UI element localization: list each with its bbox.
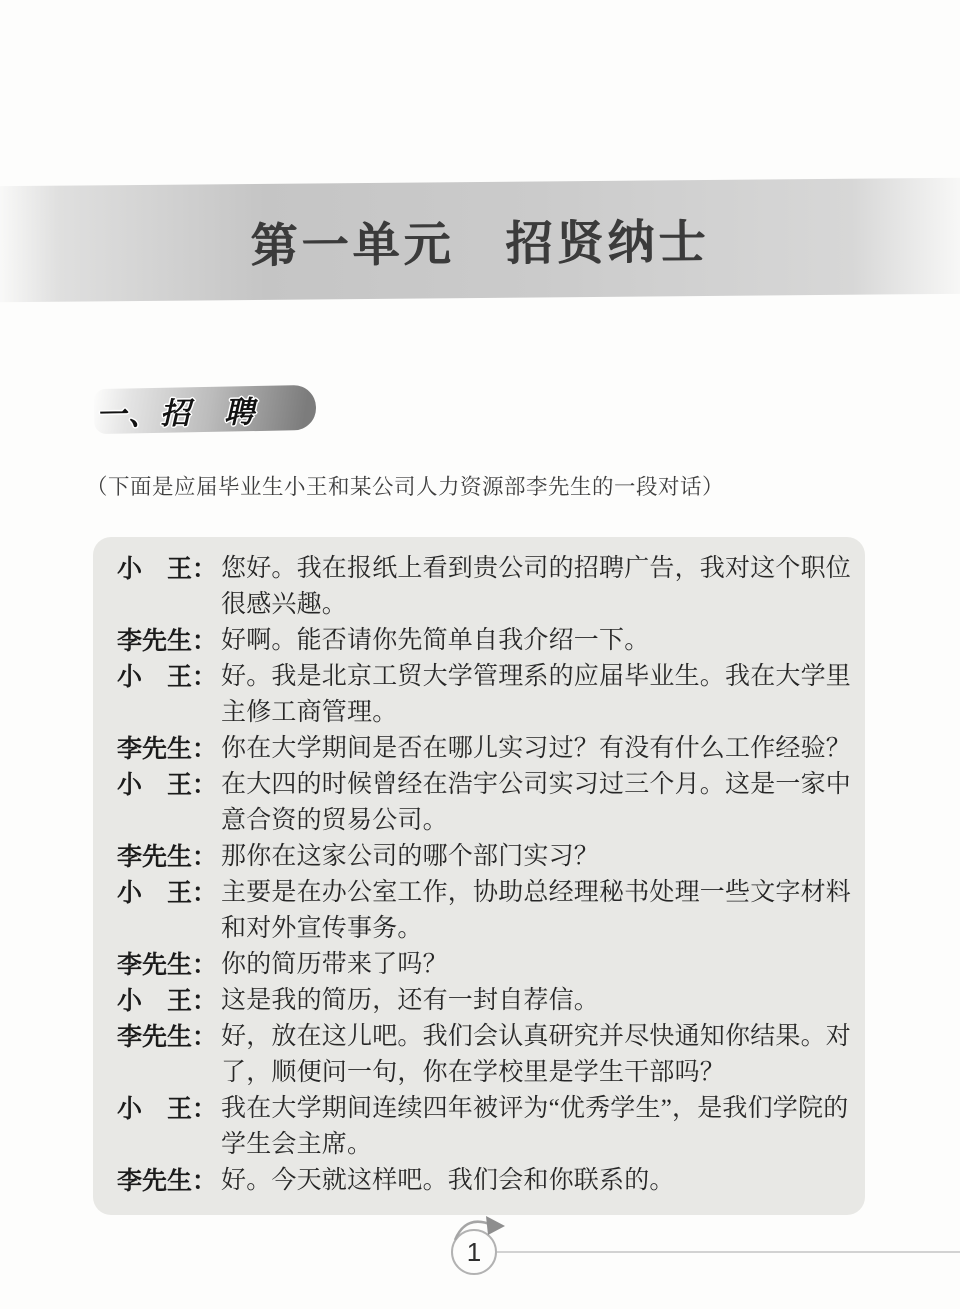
utterance-text: 好，放在这儿吧。我们会认真研究并尽快通知你结果。对了，顺便问一句，你在学校里是学…	[221, 1019, 851, 1091]
dialogue-turn: 小 王： 好。我是北京工贸大学管理系的应届毕业生。我在大学里主修工商管理。	[117, 659, 851, 731]
dialogue-turn: 小 王： 您好。我在报纸上看到贵公司的招聘广告，我对这个职位很感兴趣。	[117, 551, 851, 623]
utterance-text: 这是我的简历，还有一封自荐信。	[221, 983, 851, 1019]
dialogue-turn: 李先生： 那你在这家公司的哪个部门实习？	[117, 839, 851, 875]
speaker-label: 小 王：	[117, 551, 221, 587]
speaker-label: 小 王：	[117, 767, 221, 803]
unit-title: 第一单元 招贤纳士	[250, 204, 710, 275]
utterance-text: 您好。我在报纸上看到贵公司的招聘广告，我对这个职位很感兴趣。	[221, 551, 851, 623]
speaker-label: 小 王：	[117, 875, 221, 911]
utterance-text: 好。今天就这样吧。我们会和你联系的。	[221, 1163, 851, 1199]
speaker-label: 小 王：	[117, 1091, 221, 1127]
dialogue-box: 小 王： 您好。我在报纸上看到贵公司的招聘广告，我对这个职位很感兴趣。 李先生：…	[93, 537, 865, 1215]
speaker-label: 李先生：	[117, 731, 221, 767]
speaker-label: 李先生：	[117, 1019, 221, 1055]
unit-title-banner: 第一单元 招贤纳士	[0, 178, 960, 303]
speaker-label: 李先生：	[117, 623, 221, 659]
dialogue-turn: 小 王： 在大四的时候曾经在浩宇公司实习过三个月。这是一家中意合资的贸易公司。	[117, 767, 851, 839]
dialogue-turn: 小 王： 我在大学期间连续四年被评为“优秀学生”，是我们学院的学生会主席。	[117, 1091, 851, 1163]
dialogue-turn: 小 王： 主要是在办公室工作，协助总经理秘书处理一些文字材料和对外宣传事务。	[117, 875, 851, 947]
utterance-text: 你的简历带来了吗？	[221, 947, 851, 983]
speaker-label: 李先生：	[117, 839, 221, 875]
section-title: 一、招 聘	[94, 387, 257, 434]
speaker-label: 小 王：	[117, 983, 221, 1019]
utterance-text: 在大四的时候曾经在浩宇公司实习过三个月。这是一家中意合资的贸易公司。	[221, 767, 851, 839]
speaker-label: 李先生：	[117, 1163, 221, 1199]
section-badge: 一、招 聘	[94, 385, 317, 434]
page-number: 1	[467, 1237, 481, 1267]
speaker-label: 李先生：	[117, 947, 221, 983]
utterance-text: 好啊。能否请你先简单自我介绍一下。	[221, 623, 851, 659]
utterance-text: 那你在这家公司的哪个部门实习？	[221, 839, 851, 875]
dialogue-turn: 李先生： 你的简历带来了吗？	[117, 947, 851, 983]
dialogue-turn: 李先生： 好啊。能否请你先简单自我介绍一下。	[117, 623, 851, 659]
speaker-label: 小 王：	[117, 659, 221, 695]
utterance-text: 好。我是北京工贸大学管理系的应届毕业生。我在大学里主修工商管理。	[221, 659, 851, 731]
textbook-page: 第一单元 招贤纳士 一、招 聘 （下面是应届毕业生小王和某公司人力资源部李先生的…	[0, 0, 960, 1309]
utterance-text: 你在大学期间是否在哪儿实习过？有没有什么工作经验？	[221, 731, 851, 767]
dialogue-turn: 李先生： 好，放在这儿吧。我们会认真研究并尽快通知你结果。对了，顺便问一句，你在…	[117, 1019, 851, 1091]
dialogue-turn: 李先生： 你在大学期间是否在哪儿实习过？有没有什么工作经验？	[117, 731, 851, 767]
utterance-text: 主要是在办公室工作，协助总经理秘书处理一些文字材料和对外宣传事务。	[221, 875, 851, 947]
dialogue-turn: 小 王： 这是我的简历，还有一封自荐信。	[117, 983, 851, 1019]
intro-note: （下面是应届毕业生小王和某公司人力资源部李先生的一段对话）	[86, 471, 886, 503]
page-footer: 1	[448, 1212, 960, 1288]
dialogue-turn: 李先生： 好。今天就这样吧。我们会和你联系的。	[117, 1163, 851, 1199]
utterance-text: 我在大学期间连续四年被评为“优秀学生”，是我们学院的学生会主席。	[221, 1091, 851, 1163]
